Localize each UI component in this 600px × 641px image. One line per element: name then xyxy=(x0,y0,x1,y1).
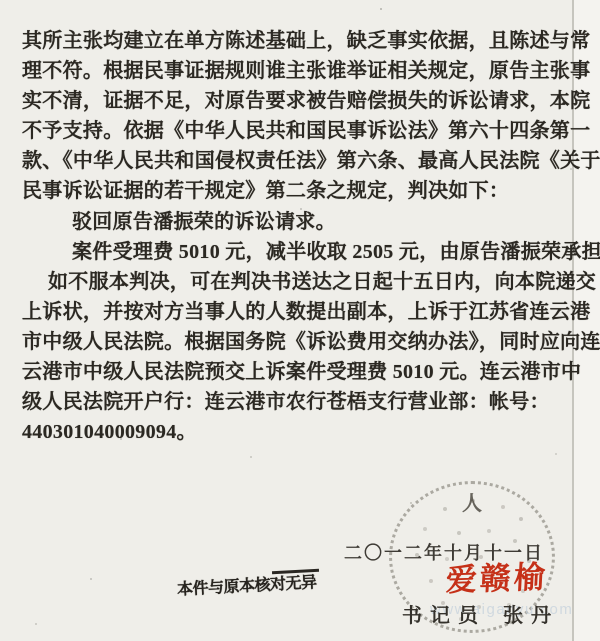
seal-partial-text: 人 xyxy=(462,487,482,516)
body-line: 上诉状，并按对方当事人的人数提出副本，上诉于江苏省连云港 xyxy=(22,295,574,325)
red-watermark-text: 爱赣榆 xyxy=(445,551,549,600)
body-line: 不予支持。依据《中华人民共和国民事诉讼法》第六十四条第一 xyxy=(22,114,574,144)
seal-speckle xyxy=(410,502,412,504)
body-line-fees: 案件受理费 5010 元，减半收取 2505 元，由原告潘振荣承担。 xyxy=(22,235,574,265)
body-line: 其所主张均建立在单方陈述基础上，缺乏事实依据，且陈述与常 xyxy=(22,24,574,54)
body-line: 实不清，证据不足，对原告要求被告赔偿损失的诉讼请求，本院 xyxy=(22,84,574,114)
body-line: 级人民法院开户行：连云港市农行苍梧支行营业部：帐号： xyxy=(22,385,574,415)
verification-stamp: 本件与原本核对无异 xyxy=(176,569,317,599)
clerk-signature: 书记员 张丹 xyxy=(402,599,559,628)
body-line: 云港市中级人民法院预交上诉案件受理费 5010 元。连云港市中 xyxy=(22,355,574,385)
body-line: 如不服本判决，可在判决书送达之日起十五日内，向本院递交 xyxy=(22,265,574,295)
body-line: 款、《中华人民共和国侵权责任法》第六条、最高人民法院《关于 xyxy=(22,144,574,174)
body-line: 市中级人民法院。根据国务院《诉讼费用交纳办法》，同时应向连 xyxy=(22,325,574,355)
body-line: 民事诉讼证据的若干规定》第二条之规定，判决如下： xyxy=(22,174,574,204)
body-line: 理不符。根据民事证据规则谁主张谁举证相关规定，原告主张事 xyxy=(22,54,574,84)
body-line-account-number: 440301040009094。 xyxy=(22,415,574,445)
judgment-body-text: 其所主张均建立在单方陈述基础上，缺乏事实依据，且陈述与常 理不符。根据民事证据规… xyxy=(22,24,574,445)
clerk-label: 书记员 xyxy=(402,605,486,627)
body-line-verdict: 驳回原告潘振荣的诉讼请求。 xyxy=(22,205,574,235)
clerk-name: 张丹 xyxy=(503,605,559,627)
scanned-judgment-page: 其所主张均建立在单方陈述基础上，缺乏事实依据，且陈述与常 理不符。根据民事证据规… xyxy=(0,0,600,641)
scan-noise xyxy=(380,8,382,10)
